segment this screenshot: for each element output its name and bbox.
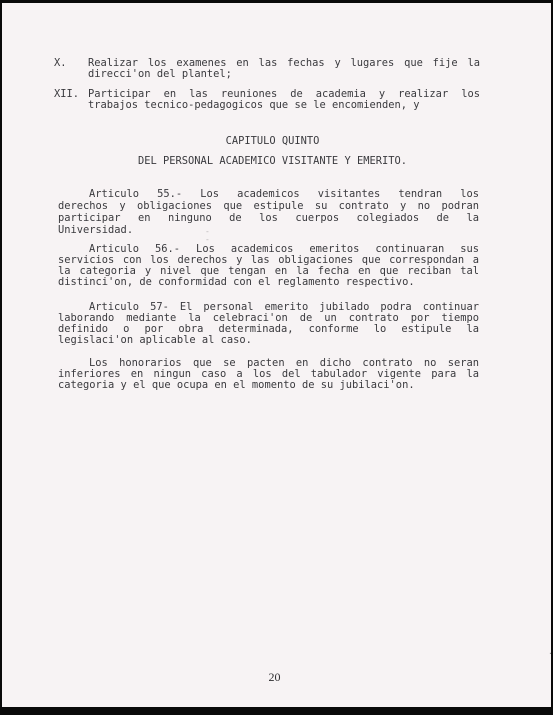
article-57-line: legislaci'on aplicable al caso. xyxy=(58,335,479,346)
chapter-title: CAPITULO QUINTO xyxy=(0,136,547,147)
list-item-number: X. xyxy=(54,58,67,69)
list-item-line: trabajos tecnico-pedagogicos que se le e… xyxy=(88,100,480,111)
article-55-line: Universidad. xyxy=(58,225,479,236)
list-item-line: direcci'on del plantel; xyxy=(88,69,480,80)
page-number: 20 xyxy=(0,670,549,685)
honorarios-line: categoria y el que ocupa en el momento d… xyxy=(58,380,479,391)
document-page: X. Realizar los examenes en las fechas y… xyxy=(2,3,551,707)
chapter-subtitle: DEL PERSONAL ACADEMICO VISITANTE Y EMERI… xyxy=(0,156,547,167)
article-55-line: derechos y obligaciones que estipule su … xyxy=(58,201,479,212)
list-item-number: XII. xyxy=(54,89,79,100)
article-55-line: participar en ninguno de los cuerpos col… xyxy=(58,213,479,224)
article-55-line: Articulo 55.- Los academicos visitantes … xyxy=(89,189,479,200)
scan-mark: · xyxy=(548,649,553,658)
article-56-line: distinci'on, de conformidad con el regla… xyxy=(58,277,479,288)
